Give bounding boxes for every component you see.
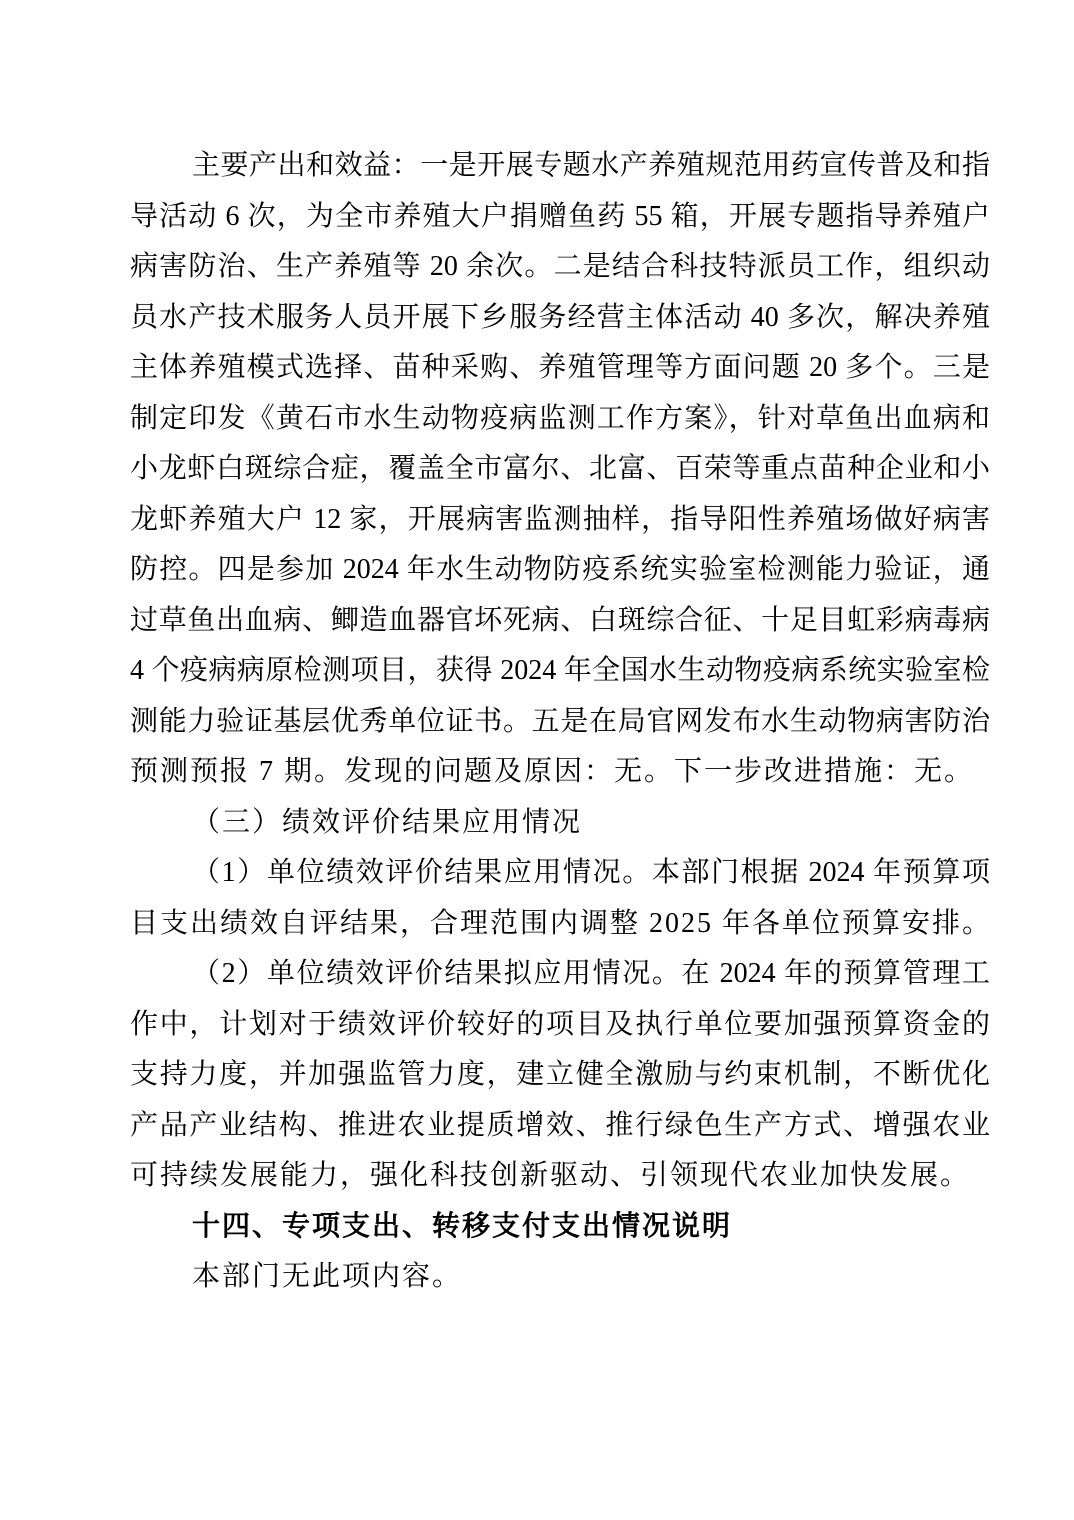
document-line: （2）单位绩效评价结果拟应用情况。在 2024 年的预算管理工 (130, 949, 990, 1000)
document-line: 导活动 6 次，为全市养殖大户捐赠鱼药 55 箱，开展专题指导养殖户 (130, 192, 990, 243)
document-line: 本部门无此项内容。 (130, 1252, 990, 1303)
document-page: 主要产出和效益：一是开展专题水产养殖规范用药宣传普及和指 导活动 6 次，为全市… (0, 0, 1074, 1520)
document-line: 龙虾养殖大户 12 家，开展病害监测抽样，指导阳性养殖场做好病害 (130, 495, 990, 546)
document-line: 制定印发《黄石市水生动物疫病监测工作方案》，针对草鱼出血病和 (130, 394, 990, 445)
document-line: 主要产出和效益：一是开展专题水产养殖规范用药宣传普及和指 (130, 141, 990, 192)
document-line: 产品产业结构、推进农业提质增效、推行绿色生产方式、增强农业 (130, 1101, 990, 1152)
document-line: 测能力验证基层优秀单位证书。五是在局官网发布水生动物病害防治 (130, 697, 990, 748)
subsection-heading: （三）绩效评价结果应用情况 (130, 798, 990, 849)
document-line: 主体养殖模式选择、苗种采购、养殖管理等方面问题 20 多个。三是 (130, 343, 990, 394)
document-line: 防控。四是参加 2024 年水生动物防疫系统实验室检测能力验证，通 (130, 545, 990, 596)
document-line: 预测预报 7 期。发现的问题及原因：无。下一步改进措施：无。 (130, 747, 990, 798)
document-content: 主要产出和效益：一是开展专题水产养殖规范用药宣传普及和指 导活动 6 次，为全市… (130, 141, 990, 1303)
document-line: 作中，计划对于绩效评价较好的项目及执行单位要加强预算资金的 (130, 1000, 990, 1051)
document-line: 员水产技术服务人员开展下乡服务经营主体活动 40 多次，解决养殖 (130, 293, 990, 344)
section-heading: 十四、专项支出、转移支付支出情况说明 (130, 1202, 990, 1253)
document-line: 过草鱼出血病、鲫造血器官坏死病、白斑综合征、十足目虹彩病毒病 (130, 596, 990, 647)
document-line: 小龙虾白斑综合症，覆盖全市富尔、北富、百荣等重点苗种企业和小 (130, 444, 990, 495)
document-line: 目支出绩效自评结果，合理范围内调整 2025 年各单位预算安排。 (130, 899, 990, 950)
document-line: （1）单位绩效评价结果应用情况。本部门根据 2024 年预算项 (130, 848, 990, 899)
document-line: 病害防治、生产养殖等 20 余次。二是结合科技特派员工作，组织动 (130, 242, 990, 293)
document-line: 可持续发展能力，强化科技创新驱动、引领现代农业加快发展。 (130, 1151, 990, 1202)
document-line: 4 个疫病病原检测项目，获得 2024 年全国水生动物疫病系统实验室检 (130, 646, 990, 697)
document-line: 支持力度，并加强监管力度，建立健全激励与约束机制，不断优化 (130, 1050, 990, 1101)
